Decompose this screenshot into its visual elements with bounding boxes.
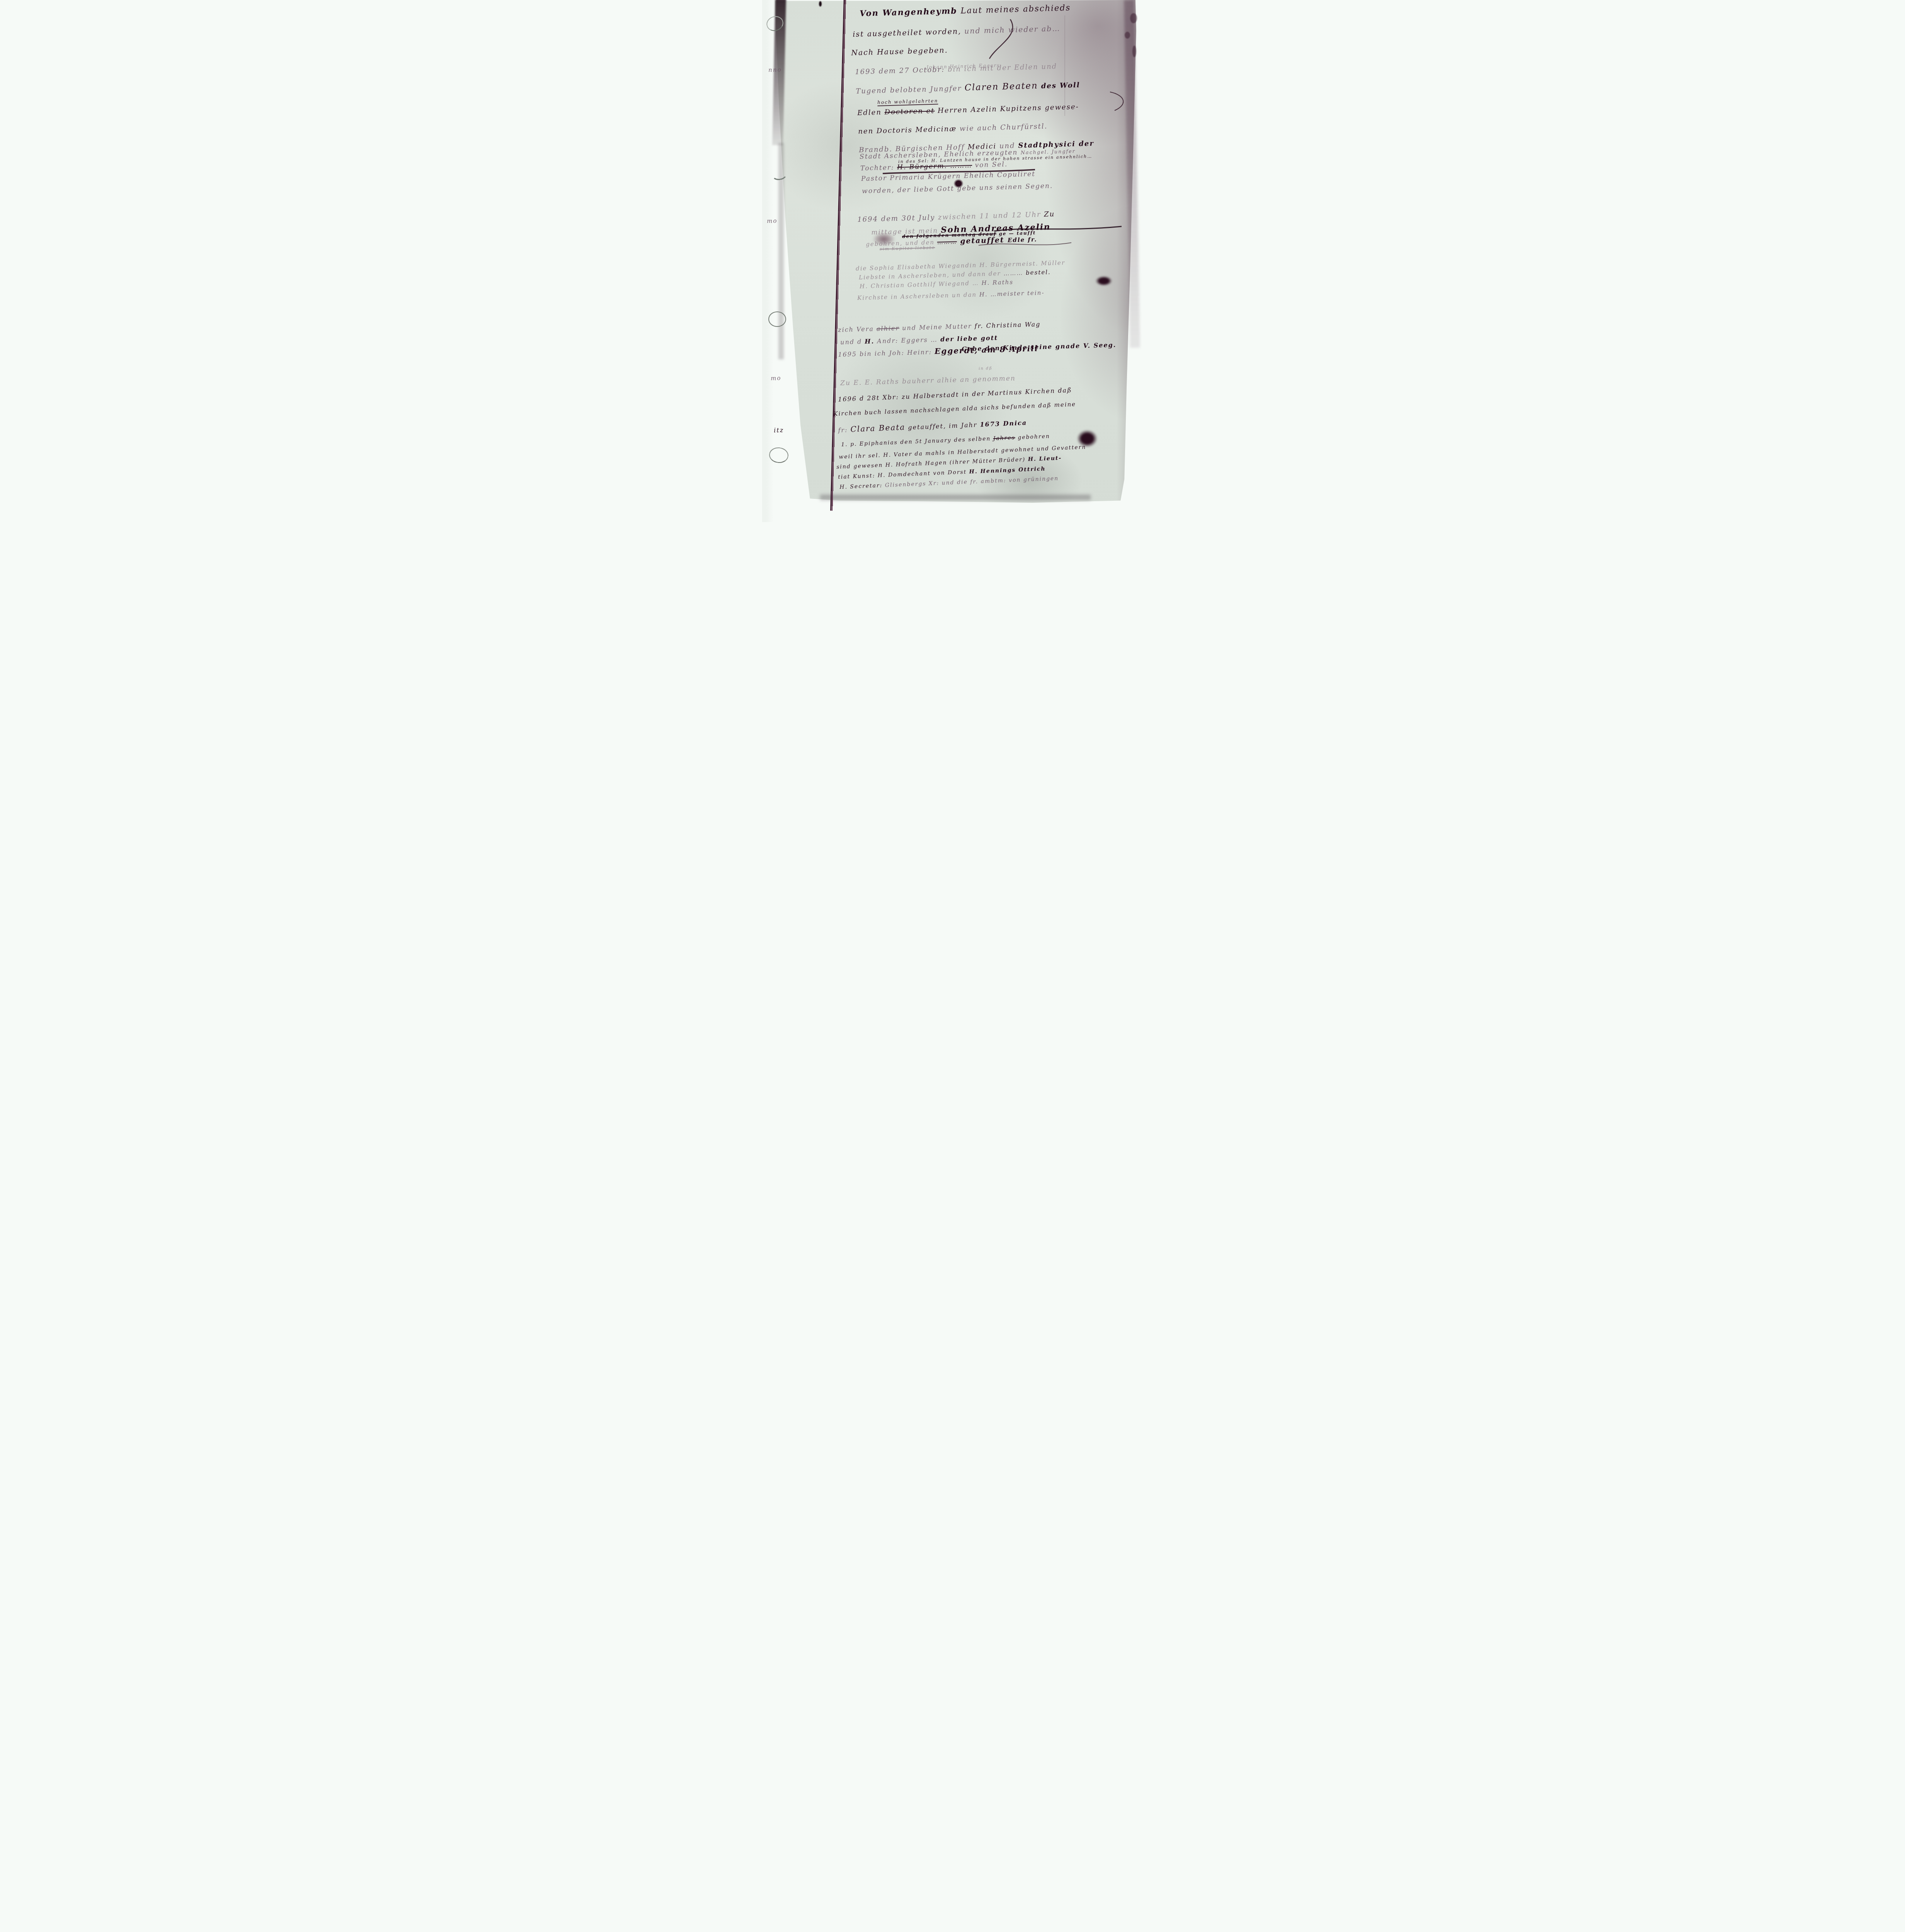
interlinear-insertion: in dß (979, 367, 993, 371)
line-segment: Edlen (857, 108, 884, 117)
struck-text: Jahres (993, 435, 1015, 442)
struck-text: ……… (937, 238, 957, 245)
struck-text: alhier (876, 325, 899, 333)
punch-hole (768, 311, 786, 327)
line-segment: Tochter: (860, 163, 897, 172)
margin-note-1696: itz (774, 427, 784, 434)
line-segment: zich Vera (838, 325, 876, 333)
struck-text: Doctoren et (884, 107, 935, 116)
line-segment: bestel. (1025, 269, 1050, 276)
line-segment: Zu (1044, 210, 1055, 219)
margin-note-anno-1695: mo (771, 375, 781, 382)
line-segment: fr: (838, 426, 851, 434)
paper-fold-line (1064, 15, 1065, 116)
margin-note-anno-1693: nno (768, 67, 782, 73)
ink-smudge (1095, 276, 1112, 286)
line-segment: Edle fr. (1007, 236, 1037, 244)
corner-stain (1130, 13, 1137, 23)
interlinear-insertion: hoch wohlgelahrten (877, 99, 938, 105)
corner-stain (1132, 46, 1136, 57)
ink-speck (819, 1, 822, 7)
line-segment: und d (840, 338, 865, 346)
manuscript-scan-page: nno mo mo itz Von Wangenheymb Laut meine… (762, 0, 1143, 522)
line-segment: des Woll (1038, 81, 1080, 90)
margin-note-anno-1694: mo (767, 218, 778, 224)
line-segment: Claren Beaten (964, 81, 1038, 93)
line-segment: in dß (978, 366, 992, 371)
punch-hole (768, 446, 789, 464)
bottom-edge-smudge (820, 495, 1091, 500)
line-segment: H. (865, 338, 874, 345)
line-segment: von Sel. (972, 160, 1008, 169)
line-segment: ……… (1003, 269, 1026, 277)
corner-stain (1125, 32, 1130, 39)
line-segment: getauffet (957, 236, 1008, 246)
line-segment: H. Raths (981, 279, 1013, 286)
